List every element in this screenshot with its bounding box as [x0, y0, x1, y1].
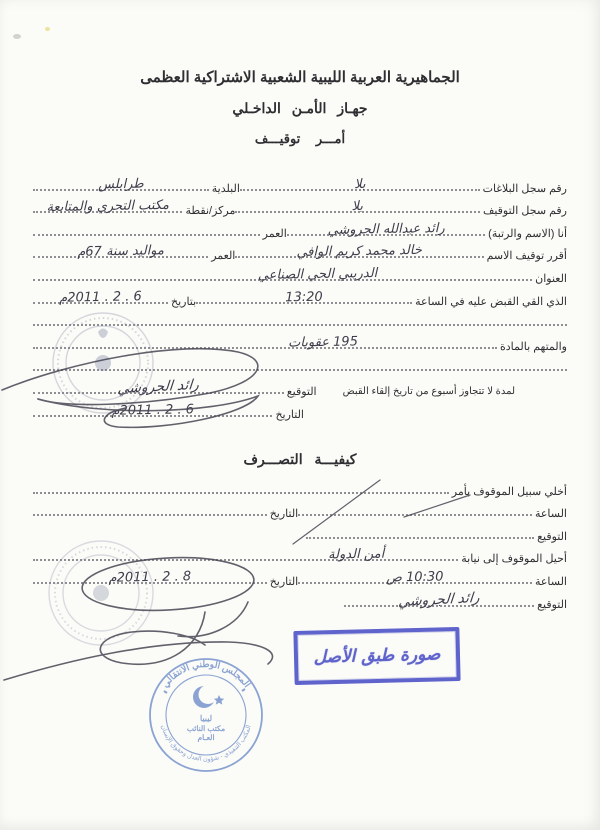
faint-round-seal-top	[50, 310, 156, 416]
referral-signature-field: رائد الجروشي	[344, 605, 534, 607]
referral-time-field: 10:30 ص	[298, 582, 532, 584]
officer-age-field	[33, 234, 260, 236]
scan-speck	[45, 27, 50, 31]
faint-round-seal-bottom	[45, 537, 157, 649]
detention-register-label: رقم سجل التوقيف	[480, 204, 567, 220]
arrest-time-label: الذي القي القبض عليه في الساعة	[412, 295, 567, 311]
duration-note: لمدة لا تتجاوز أسبوع من تاريخ إلقاء القب…	[317, 386, 515, 401]
arrest-time-field: 13:20	[196, 302, 412, 304]
address-value: الدريبي الحي الصناعي	[33, 262, 600, 287]
reports-register-label: رقم سجل البلاغات	[480, 182, 567, 198]
reports-register-value: بلا	[240, 175, 480, 194]
release-time-date-row: الساعة التاريخ	[33, 501, 567, 524]
officer-age-label: العمر	[260, 227, 287, 243]
seal-center-emblem	[93, 585, 109, 601]
municipality-label: البلدية	[209, 182, 240, 198]
release-label: أخلي سبيل الموقوف بأمر	[449, 485, 567, 501]
field-row-detainee: أقرر توقيف الاسم خالد محمد كريم الوافي ا…	[33, 243, 567, 266]
header-title: أمـــر توقيـــف	[0, 131, 600, 147]
detainee-field: خالد محمد كريم الوافي	[235, 256, 483, 258]
station-field: مكتب التحري والمتابعة	[33, 211, 182, 213]
certified-copy-stamp: صورة طبق الأصل	[293, 627, 460, 685]
header-agency: جهـاز الأمـن الداخـلي	[0, 100, 600, 117]
arrest-date-value: 6 . 2 . 2011م	[33, 288, 168, 305]
signature-label: التوقيع	[284, 385, 317, 401]
referral-signature-value: رائد الجروشي	[344, 587, 535, 613]
release-date-field	[33, 514, 267, 516]
release-time-field	[298, 514, 532, 516]
field-row-detention-register: رقم سجل التوقيف بلا مركز/نقطة مكتب التحر…	[33, 198, 567, 221]
arrest-date-field: 6 . 2 . 2011م	[33, 302, 168, 304]
detainee-age-value: مواليد سنة 67م	[33, 243, 208, 261]
seal-crest-icon	[98, 329, 108, 339]
officer-value: رائد عبدالله الجروشي	[287, 220, 486, 238]
referral-date-label: التاريخ	[267, 575, 299, 591]
ntc-center-office2: العـام	[197, 733, 214, 743]
release-field	[33, 492, 449, 494]
detainee-age-label: العمر	[208, 249, 235, 265]
certified-copy-stamp-text: صورة طبق الأصل	[313, 644, 440, 667]
ntc-round-stamp: المجلس الوطني الانتقالي المكتب التنفيذي …	[146, 655, 266, 775]
release-signature-field	[306, 537, 534, 539]
release-time-label: الساعة	[532, 507, 567, 523]
release-row: أخلي سبيل الموقوف بأمر	[33, 478, 567, 501]
station-label: مركز/نقطة	[182, 204, 235, 220]
ntc-center-office: مكتب النائب	[187, 724, 225, 733]
field-row-arrest: الذي القي القبض عليه في الساعة 13:20 بتا…	[33, 288, 567, 311]
officer-field: رائد عبدالله الجروشي	[287, 234, 485, 236]
address-field: الدريبي الحي الصناعي	[33, 279, 532, 281]
ntc-center-country: ليبيا	[200, 714, 212, 723]
station-value: مكتب التحري والمتابعة	[33, 198, 183, 216]
referral-time-value: 10:30 ص	[298, 568, 532, 587]
scanned-detention-order-page: الجماهيرية العربية الليبية الشعبية الاشت…	[0, 0, 600, 830]
detention-register-value: بلا	[235, 197, 480, 216]
seal-center-emblem	[95, 355, 111, 371]
municipality-field: طرابلس	[33, 189, 209, 191]
municipality-value: طرابلس	[33, 175, 209, 193]
detainee-value: خالد محمد كريم الوافي	[235, 242, 483, 261]
detainee-age-field: مواليد سنة 67م	[33, 256, 208, 258]
scan-speck	[13, 34, 21, 39]
header-country: الجماهيرية العربية الليبية الشعبية الاشت…	[0, 68, 600, 86]
field-row-address: العنوان الدريبي الحي الصناعي	[33, 265, 567, 288]
arrest-time-value: 13:20	[196, 288, 412, 307]
officer-label: أنا (الاسم والرتبة)	[485, 227, 567, 243]
disposition-heading: كيفيـــة التصـــرف	[0, 451, 600, 468]
referral-signature-label: التوقيع	[534, 598, 567, 614]
date-label: التاريخ	[272, 408, 304, 424]
reports-register-field: بلا	[240, 189, 480, 191]
field-row-officer: أنا (الاسم والرتبة) رائد عبدالله الجروشي…	[33, 220, 567, 243]
referral-time-label: الساعة	[532, 575, 567, 591]
crescent-star-icon	[193, 685, 224, 708]
release-date-label: التاريخ	[267, 507, 299, 523]
arrest-date-label: بتاريخ	[168, 295, 196, 311]
detention-register-field: بلا	[235, 211, 480, 213]
field-row-registers: رقم سجل البلاغات بلا البلدية طرابلس	[33, 175, 567, 198]
